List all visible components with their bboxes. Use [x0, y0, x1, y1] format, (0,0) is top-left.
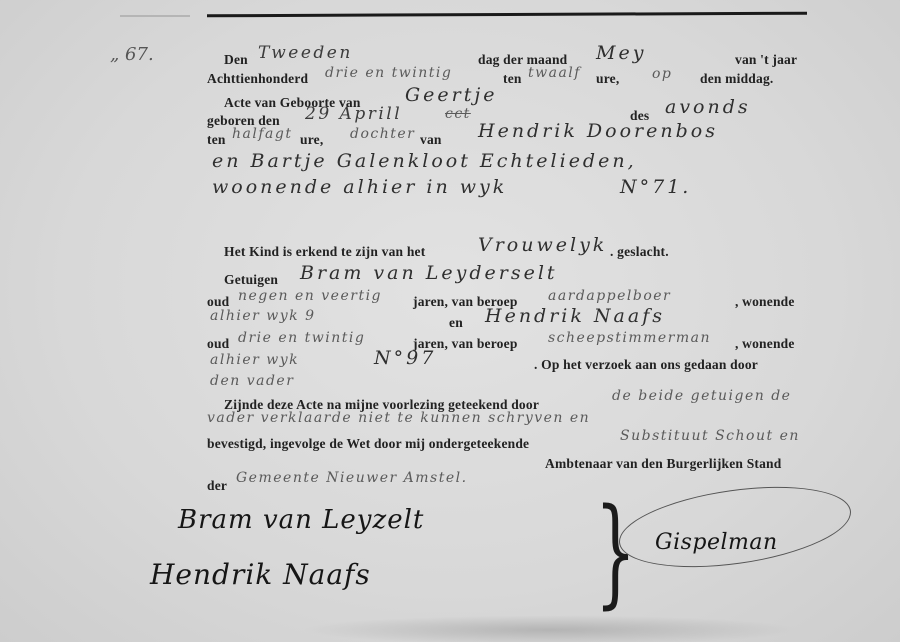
- signature-witness2: Hendrik Naafs: [150, 558, 371, 591]
- handwritten-witness2-occupation: scheepstimmerman: [548, 330, 711, 346]
- handwritten-signed-by: de beide getuigen de: [612, 388, 791, 404]
- handwritten-day: Tweeden: [258, 43, 353, 63]
- printed-der: der: [207, 478, 227, 494]
- document-page: „ 67. Den Tweeden dag der maand Mey van …: [0, 0, 900, 642]
- printed-den: Den: [224, 52, 248, 68]
- handwritten-birth-date: 29 Aprill: [305, 104, 402, 124]
- handwritten-witness2-residence: alhier wyk: [210, 352, 299, 368]
- handwritten-requester: den vader: [210, 373, 294, 389]
- handwritten-witness2-house-number: N°97: [374, 347, 436, 369]
- printed-ten: ten: [503, 71, 522, 87]
- handwritten-witness2-age: drie en twintig: [238, 330, 365, 346]
- handwritten-residence: woonende alhier in wyk: [212, 176, 507, 198]
- printed-ambtenaar: Ambtenaar van den Burgerlijken Stand: [545, 456, 781, 472]
- handwritten-dochter: dochter: [350, 126, 415, 142]
- printed-op-het-verzoek: . Op het verzoek aan ons gedaan door: [534, 357, 758, 373]
- printed-getuigen: Getuigen: [224, 272, 278, 288]
- signature-flourish: [614, 474, 856, 580]
- handwritten-witness2-name: Hendrik Naafs: [485, 305, 665, 327]
- handwritten-witness1-name: Bram van Leyderselt: [300, 262, 558, 284]
- handwritten-year: drie en twintig: [325, 65, 452, 81]
- printed-geslacht: . geslacht.: [610, 244, 669, 260]
- handwritten-witness1-residence: alhier wyk 9: [210, 308, 315, 324]
- printed-wonende: , wonende: [735, 294, 795, 310]
- handwritten-father-name: Hendrik Doorenbos: [478, 120, 718, 142]
- printed-en: en: [449, 315, 463, 331]
- handwritten-month: Mey: [596, 42, 646, 64]
- printed-oud-2: oud: [207, 336, 229, 352]
- printed-ten-2: ten: [207, 132, 226, 148]
- handwritten-time-of-day: avonds: [665, 96, 751, 118]
- printed-achttienhonderd: Achttienhonderd: [207, 71, 308, 87]
- handwritten-op: op: [652, 66, 672, 82]
- printed-van-t-jaar: van 't jaar: [735, 52, 797, 68]
- handwritten-witness1-occupation: aardappelboer: [548, 288, 671, 304]
- handwritten-sex: Vrouwelyk: [478, 234, 607, 256]
- printed-den-middag: den middag.: [700, 71, 773, 87]
- handwritten-official-title: Substituut Schout en: [620, 428, 800, 444]
- printed-ure-2: ure,: [300, 132, 323, 148]
- handwritten-birth-hour: halfagt: [232, 126, 292, 142]
- paper-smudge: [300, 615, 800, 642]
- faded-rule: [120, 15, 190, 17]
- printed-ure: ure,: [596, 71, 619, 87]
- handwritten-father-cannot-write: vader verklaarde niet te kunnen schryven…: [207, 410, 590, 426]
- handwritten-child-name: Geertje: [405, 84, 498, 106]
- handwritten-witness1-age: negen en veertig: [238, 288, 382, 304]
- printed-van: van: [420, 132, 442, 148]
- handwritten-hour: twaalf: [528, 65, 581, 81]
- handwritten-mother-name: en Bartje Galenkloot Echtelieden,: [212, 150, 637, 172]
- entry-number: „ 67.: [110, 44, 154, 65]
- signature-official: Gispelman: [655, 530, 778, 555]
- printed-bevestigd: bevestigd, ingevolge de Wet door mij ond…: [207, 436, 529, 452]
- handwritten-municipality: Gemeente Nieuwer Amstel.: [236, 470, 468, 486]
- handwritten-house-number: N°71.: [620, 176, 691, 198]
- top-rule-divider: [207, 12, 807, 18]
- handwritten-struck-text: cct: [445, 106, 471, 122]
- printed-het-kind: Het Kind is erkend te zijn van het: [224, 244, 425, 260]
- printed-wonende-2: , wonende: [735, 336, 795, 352]
- signature-witness1: Bram van Leyzelt: [178, 505, 424, 535]
